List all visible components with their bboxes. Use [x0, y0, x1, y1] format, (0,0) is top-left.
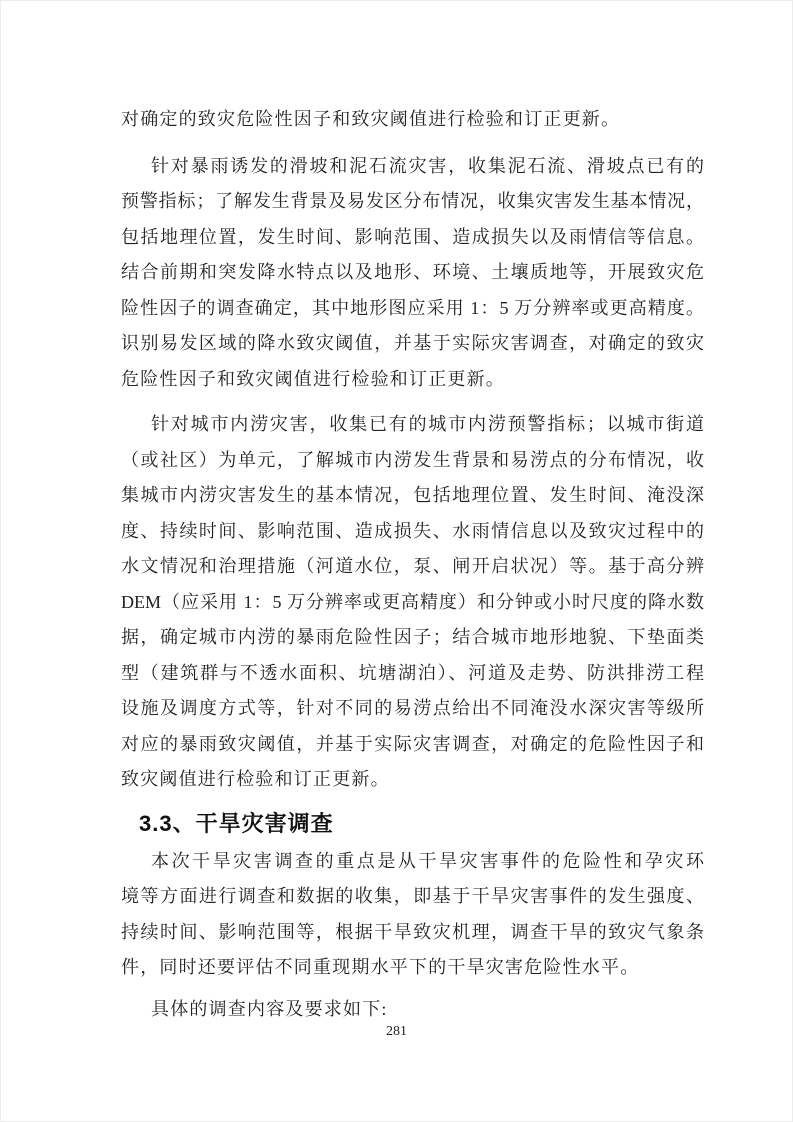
paragraph-continuation: 对确定的致灾危险性因子和致灾阈值进行检验和订正更新。 [121, 102, 704, 138]
text-line: 对应的暴雨致灾阈值，并基于实际灾害调查，对确定的危险性因子和 [121, 727, 704, 763]
text-line: 度、持续时间、影响范围、造成损失、水雨情信息以及致灾过程中的 [121, 514, 704, 550]
text-line: 针对暴雨诱发的滑坡和泥石流灾害，收集泥石流、滑坡点已有的 [121, 149, 704, 185]
text-line: 针对城市内涝灾害，收集已有的城市内涝预警指标；以城市街道 [121, 407, 704, 443]
text-line: 包括地理位置，发生时间、影响范围、造成损失以及雨情信等信息。 [121, 220, 704, 256]
text-line: 境等方面进行调查和数据的收集，即基于干旱灾害事件的发生强度、 [121, 879, 704, 915]
paragraph-drought-survey-intro: 本次干旱灾害调查的重点是从干旱灾害事件的危险性和孕灾环 境等方面进行调查和数据的… [121, 844, 704, 986]
text-line: 危险性因子和致灾阈值进行检验和订正更新。 [121, 362, 704, 398]
text-line: 识别易发区域的降水致灾阈值，并基于实际灾害调查，对确定的致灾 [121, 326, 704, 362]
text-line: 具体的调查内容及要求如下: [121, 992, 704, 1028]
text-line: （或社区）为单元，了解城市内涝发生背景和易涝点的分布情况，收 [121, 443, 704, 479]
text-line: 对确定的致灾危险性因子和致灾阈值进行检验和订正更新。 [121, 102, 704, 138]
page-content: 对确定的致灾危险性因子和致灾阈值进行检验和订正更新。 针对暴雨诱发的滑坡和泥石流… [121, 102, 704, 1027]
document-page: 对确定的致灾危险性因子和致灾阈值进行检验和订正更新。 针对暴雨诱发的滑坡和泥石流… [0, 0, 793, 1122]
text-line: 型（建筑群与不透水面积、坑塘湖泊）、河道及走势、防洪排涝工程 [121, 656, 704, 692]
text-line: 致灾阈值进行检验和订正更新。 [121, 762, 704, 798]
paragraph-urban-waterlogging: 针对城市内涝灾害，收集已有的城市内涝预警指标；以城市街道 （或社区）为单元，了解… [121, 407, 704, 798]
text-line: 预警指标；了解发生背景及易发区分布情况，收集灾害发生基本情况， [121, 184, 704, 220]
text-line: 结合前期和突发降水特点以及地形、环境、土壤质地等，开展致灾危 [121, 255, 704, 291]
text-line: 据，确定城市内涝的暴雨危险性因子；结合城市地形地貌、下垫面类 [121, 620, 704, 656]
section-heading-drought-survey: 3.3、干旱灾害调查 [121, 806, 704, 842]
text-line: 水文情况和治理措施（河道水位，泵、闸开启状况）等。基于高分辨 [121, 549, 704, 585]
text-line: DEM（应采用 1：5 万分辨率或更高精度）和分钟或小时尺度的降水数 [121, 585, 704, 621]
paragraph-landslide-debris-flow: 针对暴雨诱发的滑坡和泥石流灾害，收集泥石流、滑坡点已有的 预警指标；了解发生背景… [121, 149, 704, 398]
text-line: 件，同时还要评估不同重现期水平下的干旱灾害危险性水平。 [121, 950, 704, 986]
page-number: 281 [1, 1023, 792, 1041]
text-line: 设施及调度方式等，针对不同的易涝点给出不同淹没水深灾害等级所 [121, 691, 704, 727]
text-line: 险性因子的调查确定，其中地形图应采用 1：5 万分辨率或更高精度。 [121, 291, 704, 327]
text-line: 持续时间、影响范围等，根据干旱致灾机理，调查干旱的致灾气象条 [121, 915, 704, 951]
text-line: 本次干旱灾害调查的重点是从干旱灾害事件的危险性和孕灾环 [121, 844, 704, 880]
text-line: 集城市内涝灾害发生的基本情况，包括地理位置、发生时间、淹没深 [121, 478, 704, 514]
paragraph-survey-requirements-lead-in: 具体的调查内容及要求如下: [121, 992, 704, 1028]
